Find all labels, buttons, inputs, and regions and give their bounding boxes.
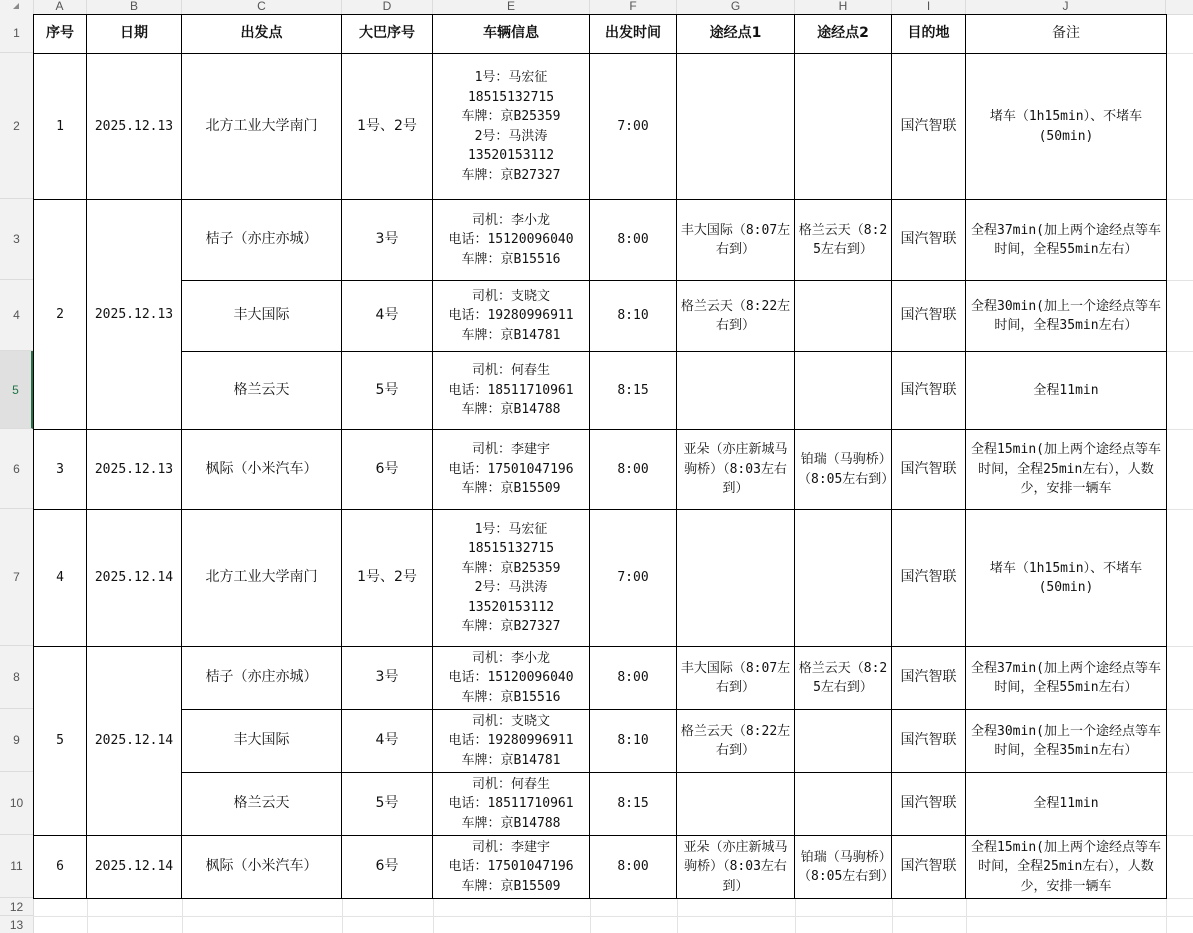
row-header-11[interactable]: 11: [0, 835, 33, 898]
cell-vehicle[interactable]: 1号：马宏征 18515132715 车牌：京B25359 2号：马洪涛 135…: [433, 54, 590, 200]
gridline: [1166, 898, 1167, 933]
cell-via2[interactable]: [795, 510, 892, 647]
row-header-8[interactable]: 8: [0, 646, 33, 709]
cell-date[interactable]: 2025.12.13: [87, 54, 182, 200]
gridline: [1167, 53, 1193, 54]
row-header-5[interactable]: 5: [0, 351, 33, 429]
gridline: [1167, 646, 1193, 647]
cell-origin[interactable]: 桔子（亦庄亦城）: [182, 200, 342, 281]
gridline: [1167, 709, 1193, 710]
cell-note[interactable]: 全程11min: [966, 773, 1167, 836]
cell-bus-no[interactable]: 3号: [342, 647, 433, 710]
cell-bus-no[interactable]: 5号: [342, 352, 433, 430]
cell-origin[interactable]: 枫际（小米汽车）: [182, 430, 342, 510]
column-header-c[interactable]: C: [182, 0, 342, 14]
cell-via2[interactable]: [795, 281, 892, 352]
gridline: [33, 916, 1193, 917]
cell-note[interactable]: 全程30min(加上一个途经点等车时间，全程35min左右）: [966, 281, 1167, 352]
column-header-f[interactable]: F: [590, 0, 677, 14]
cell-via1[interactable]: 格兰云天（8:22左右到）: [677, 281, 795, 352]
cell-bus-no[interactable]: 4号: [342, 710, 433, 773]
gridline: [1167, 280, 1193, 281]
cell-origin[interactable]: 丰大国际: [182, 710, 342, 773]
cell-origin[interactable]: 格兰云天: [182, 352, 342, 430]
cell-dest[interactable]: 国汽智联: [892, 710, 966, 773]
row-header-12[interactable]: 12: [0, 898, 33, 916]
cell-via1[interactable]: 亚朵（亦庄新城马驹桥）（8:03左右到）: [677, 430, 795, 510]
cell-via1[interactable]: [677, 54, 795, 200]
table-border-top: [33, 14, 1167, 15]
cell-vehicle[interactable]: 司机：李小龙 电话：15120096040 车牌：京B15516: [433, 647, 590, 710]
column-header-k[interactable]: [1166, 0, 1193, 14]
cell-vehicle[interactable]: 司机：何春生 电话：18511710961 车牌：京B14788: [433, 352, 590, 430]
cell-origin[interactable]: 桔子（亦庄亦城）: [182, 647, 342, 710]
header-cell-via2[interactable]: 途经点2: [795, 15, 892, 54]
row-header-7[interactable]: 7: [0, 509, 33, 646]
cell-date[interactable]: 2025.12.14: [87, 510, 182, 647]
row-header-13[interactable]: 13: [0, 916, 33, 933]
cell-time[interactable]: 7:00: [590, 510, 677, 647]
cell-dest[interactable]: 国汽智联: [892, 200, 966, 281]
gridline: [1167, 429, 1193, 430]
gridline: [677, 898, 678, 933]
cell-dest[interactable]: 国汽智联: [892, 352, 966, 430]
cell-note[interactable]: 堵车（1h15min）、不堵车 (50min): [966, 54, 1167, 200]
cell-time[interactable]: 8:15: [590, 352, 677, 430]
column-header-g[interactable]: G: [677, 0, 795, 14]
cell-seq-merged[interactable]: 5: [34, 647, 87, 836]
select-all-corner[interactable]: [0, 0, 34, 14]
column-header-a[interactable]: A: [33, 0, 87, 14]
cell-via2[interactable]: 格兰云天（8:25左右到）: [795, 647, 892, 710]
cell-seq-merged[interactable]: 2: [34, 200, 87, 430]
cell-time[interactable]: 8:00: [590, 647, 677, 710]
gridline: [795, 898, 796, 933]
cell-bus-no[interactable]: 6号: [342, 836, 433, 899]
gridline: [1167, 772, 1193, 773]
cell-origin[interactable]: 枫际（小米汽车）: [182, 836, 342, 899]
gridline: [1167, 199, 1193, 200]
row-header-4[interactable]: 4: [0, 280, 33, 351]
header-cell-bus-no[interactable]: 大巴序号: [342, 15, 433, 54]
cell-bus-no[interactable]: 6号: [342, 430, 433, 510]
cell-note[interactable]: 全程15min(加上两个途经点等车时间，全程25min左右），人数少，安排一辆车: [966, 430, 1167, 510]
row-header-2[interactable]: 2: [0, 53, 33, 199]
header-cell-seq[interactable]: 序号: [34, 15, 87, 54]
cell-vehicle[interactable]: 司机：李建宇 电话：17501047196 车牌：京B15509: [433, 836, 590, 899]
cell-time[interactable]: 8:00: [590, 200, 677, 281]
cell-dest[interactable]: 国汽智联: [892, 54, 966, 200]
gridline: [590, 898, 591, 933]
cell-via1[interactable]: 格兰云天（8:22左右到）: [677, 710, 795, 773]
cell-dest[interactable]: 国汽智联: [892, 647, 966, 710]
cell-via2[interactable]: 铂瑞（马驹桥）（8:05左右到）: [795, 836, 892, 899]
header-cell-time[interactable]: 出发时间: [590, 15, 677, 54]
header-cell-date[interactable]: 日期: [87, 15, 182, 54]
header-cell-via1[interactable]: 途经点1: [677, 15, 795, 54]
column-header-i[interactable]: I: [892, 0, 966, 14]
cell-note[interactable]: 堵车（1h15min）、不堵车 (50min): [966, 510, 1167, 647]
cell-vehicle[interactable]: 1号：马宏征 18515132715 车牌：京B25359 2号：马洪涛 135…: [433, 510, 590, 647]
cell-note[interactable]: 全程11min: [966, 352, 1167, 430]
column-header-d[interactable]: D: [342, 0, 433, 14]
row-header-1[interactable]: 1: [0, 14, 33, 53]
gridline: [87, 898, 88, 933]
cell-date-merged[interactable]: 2025.12.14: [87, 647, 182, 836]
cell-seq[interactable]: 6: [34, 836, 87, 899]
cell-note[interactable]: 全程30min(加上一个途经点等车时间，全程35min左右）: [966, 710, 1167, 773]
cell-origin[interactable]: 北方工业大学南门: [182, 54, 342, 200]
cell-origin[interactable]: 格兰云天: [182, 773, 342, 836]
cell-origin[interactable]: 丰大国际: [182, 281, 342, 352]
cell-via1[interactable]: 亚朵（亦庄新城马驹桥）（8:03左右到）: [677, 836, 795, 899]
cell-bus-no[interactable]: 5号: [342, 773, 433, 836]
cell-vehicle[interactable]: 司机：支晓文 电话：19280996911 车牌：京B14781: [433, 710, 590, 773]
cell-via1[interactable]: 丰大国际（8:07左右到）: [677, 647, 795, 710]
cell-bus-no[interactable]: 1号、2号: [342, 510, 433, 647]
cell-vehicle[interactable]: 司机：李建宇 电话：17501047196 车牌：京B15509: [433, 430, 590, 510]
cell-note[interactable]: 全程15min(加上两个途经点等车时间，全程25min左右），人数少，安排一辆车: [966, 836, 1167, 899]
cell-vehicle[interactable]: 司机：何春生 电话：18511710961 车牌：京B14788: [433, 773, 590, 836]
cell-via1[interactable]: 丰大国际（8:07左右到）: [677, 200, 795, 281]
cell-via1[interactable]: [677, 773, 795, 836]
cell-via1[interactable]: [677, 352, 795, 430]
cell-date[interactable]: 2025.12.13: [87, 430, 182, 510]
cell-time[interactable]: 8:00: [590, 836, 677, 899]
gridline: [1167, 898, 1193, 899]
cell-time[interactable]: 7:00: [590, 54, 677, 200]
cell-via1[interactable]: [677, 510, 795, 647]
gridline: [1167, 351, 1193, 352]
cell-dest[interactable]: 国汽智联: [892, 773, 966, 836]
cell-via2[interactable]: [795, 54, 892, 200]
cell-note[interactable]: 全程37min(加上两个途经点等车时间，全程55min左右）: [966, 647, 1167, 710]
header-cell-vehicle[interactable]: 车辆信息: [433, 15, 590, 54]
cell-bus-no[interactable]: 1号、2号: [342, 54, 433, 200]
cell-bus-no[interactable]: 4号: [342, 281, 433, 352]
cell-time[interactable]: 8:10: [590, 281, 677, 352]
cell-date[interactable]: 2025.12.14: [87, 836, 182, 899]
cell-dest[interactable]: 国汽智联: [892, 836, 966, 899]
cell-time[interactable]: 8:00: [590, 430, 677, 510]
cell-seq[interactable]: 1: [34, 54, 87, 200]
gridline: [892, 898, 893, 933]
cell-via2[interactable]: 铂瑞（马驹桥）（8:05左右到）: [795, 430, 892, 510]
cell-via2[interactable]: 格兰云天（8:25左右到）: [795, 200, 892, 281]
gridline: [433, 898, 434, 933]
row-header-6[interactable]: 6: [0, 429, 33, 509]
cell-via2[interactable]: [795, 710, 892, 773]
header-cell-dest[interactable]: 目的地: [892, 15, 966, 54]
cell-vehicle[interactable]: 司机：李小龙 电话：15120096040 车牌：京B15516: [433, 200, 590, 281]
spreadsheet: A B C D E F G H I J 1 2 3 4 5 6 7 8 9 10…: [0, 0, 1193, 933]
gridline: [342, 898, 343, 933]
gridline: [966, 898, 967, 933]
cell-note[interactable]: 全程37min(加上两个途经点等车时间，全程55min左右）: [966, 200, 1167, 281]
cell-seq[interactable]: 3: [34, 430, 87, 510]
table-border-left: [33, 14, 34, 899]
cell-dest[interactable]: 国汽智联: [892, 281, 966, 352]
gridline: [1167, 509, 1193, 510]
select-all-icon: [13, 3, 19, 9]
cell-dest[interactable]: 国汽智联: [892, 510, 966, 647]
cell-time[interactable]: 8:10: [590, 710, 677, 773]
cell-bus-no[interactable]: 3号: [342, 200, 433, 281]
column-header-j[interactable]: J: [966, 0, 1166, 14]
header-cell-note[interactable]: 备注: [966, 15, 1167, 54]
cell-vehicle[interactable]: 司机：支晓文 电话：19280996911 车牌：京B14781: [433, 281, 590, 352]
row-header-3[interactable]: 3: [0, 199, 33, 280]
cell-date-merged[interactable]: 2025.12.13: [87, 200, 182, 430]
header-cell-origin[interactable]: 出发点: [182, 15, 342, 54]
gridline: [1167, 835, 1193, 836]
row-header-9[interactable]: 9: [0, 709, 33, 772]
cell-time[interactable]: 8:15: [590, 773, 677, 836]
cell-via2[interactable]: [795, 773, 892, 836]
cell-origin[interactable]: 北方工业大学南门: [182, 510, 342, 647]
cell-dest[interactable]: 国汽智联: [892, 430, 966, 510]
column-header-e[interactable]: E: [433, 0, 590, 14]
cell-via2[interactable]: [795, 352, 892, 430]
gridline: [182, 898, 183, 933]
column-header-b[interactable]: B: [87, 0, 182, 14]
column-header-h[interactable]: H: [795, 0, 892, 14]
cell-seq[interactable]: 4: [34, 510, 87, 647]
row-header-10[interactable]: 10: [0, 772, 33, 835]
